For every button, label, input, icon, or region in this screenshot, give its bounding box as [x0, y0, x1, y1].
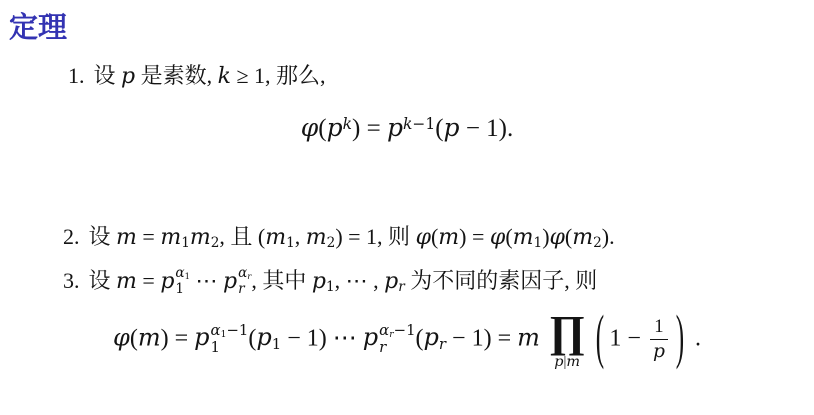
math-token: φ	[113, 323, 130, 351]
math-token: α1	[211, 321, 227, 339]
math-token: 1	[175, 281, 184, 297]
theorem-item-2: 2.设 m = m1m2, 且 (m1, m2) = 1, 则 φ(m) = φ…	[63, 226, 615, 251]
math-token: α1	[175, 265, 190, 281]
math-token: 为不同的素因子, 则	[405, 268, 598, 293]
math-token: =	[137, 268, 160, 293]
math-token: pr	[384, 269, 405, 294]
superscript: αr	[238, 266, 251, 282]
subscript: 2	[593, 237, 602, 251]
math-token: r	[439, 335, 446, 353]
math-token: m1	[160, 225, 190, 250]
math-token: φ	[301, 113, 319, 142]
math-token: pk−1	[387, 113, 435, 142]
math-token: m2	[306, 225, 336, 250]
math-token: m	[566, 354, 580, 370]
math-token: −1	[412, 115, 435, 133]
math-token: k	[403, 115, 412, 133]
math-token: m	[438, 225, 459, 250]
math-token: αr	[379, 321, 393, 339]
math-token: .	[689, 325, 701, 351]
math-token: − 1).	[460, 115, 514, 142]
math-token: − 1) =	[446, 325, 517, 351]
math-token: 设	[89, 268, 117, 293]
math-token: (	[416, 325, 424, 351]
sup-sub-stack: α1−11	[211, 322, 249, 356]
math-token: 1	[286, 235, 295, 251]
math-token: 设	[94, 63, 122, 88]
item-2-text: 设 m = m1m2, 且 (m1, m2) = 1, 则 φ(m) = φ(m…	[89, 224, 615, 249]
math-token: ) = 1, 则	[335, 224, 415, 249]
item-2-number: 2.	[63, 224, 80, 249]
math-token: 1	[534, 235, 543, 251]
item-3-number: 3.	[63, 268, 80, 293]
math-token: pα1−11	[194, 323, 248, 351]
math-token: pk	[327, 113, 352, 142]
math-token: )	[542, 224, 549, 249]
big-paren: )	[676, 309, 684, 369]
fraction-denominator: p	[650, 342, 668, 363]
math-token: , 其中	[251, 268, 312, 293]
theorem-item-3: 3.设 m = pα11 ⋯ pαrr, 其中 p1, ⋯ , pr 为不同的素…	[63, 266, 597, 297]
math-token: p	[653, 341, 665, 362]
math-token: 1	[654, 316, 663, 337]
product-symbol: ∏	[549, 310, 586, 352]
math-token: pr	[424, 323, 447, 351]
superscript: k	[343, 117, 352, 133]
math-token: −1	[226, 321, 248, 339]
subscript: r	[439, 337, 446, 352]
math-token: 2	[593, 235, 602, 251]
math-token: m	[138, 323, 161, 351]
math-token: (	[318, 115, 326, 142]
subscript: 1	[286, 237, 295, 251]
math-token: ).	[602, 224, 615, 249]
subscript: 1	[175, 282, 184, 298]
subscript: 1	[272, 337, 281, 352]
math-token: ⋯	[190, 268, 223, 293]
theorem-slide: 定理 1.设 p 是素数, k ≥ 1, 那么, φ(pk) = pk−1(p …	[0, 0, 814, 415]
math-token: m1	[513, 225, 543, 250]
math-token: ) =	[352, 115, 387, 142]
product-limits: p|m	[554, 355, 580, 369]
math-token: pαr−1r	[363, 323, 416, 351]
math-token: , 且 (	[219, 224, 265, 249]
subscript: 1	[326, 281, 335, 295]
math-token: ) =	[161, 325, 195, 351]
math-token: (	[505, 224, 512, 249]
math-token: φ	[550, 225, 565, 250]
subscript: 1	[211, 339, 220, 356]
math-token: (	[130, 325, 138, 351]
math-token: k	[218, 64, 231, 89]
math-token: p1	[256, 323, 281, 351]
math-token: 1	[326, 279, 335, 295]
math-token: r	[238, 281, 245, 297]
math-token: ,	[295, 224, 306, 249]
math-token: pαrr	[223, 269, 251, 294]
math-token: 1	[211, 338, 220, 356]
math-token: −1	[394, 321, 416, 339]
superscript: α1−1	[211, 322, 249, 339]
subscript: 1	[534, 237, 543, 251]
product-operator: ∏p|m	[549, 310, 586, 370]
math-token: m1	[265, 225, 295, 250]
math-token: pα11	[160, 269, 190, 294]
math-token: m	[517, 323, 540, 351]
math-token: 1	[181, 235, 190, 251]
math-token: αr	[238, 265, 251, 281]
fraction-bar	[650, 339, 668, 340]
display-formula-product: φ(m) = pα1−11(p1 − 1) ⋯ pαr−1r(pr − 1) =…	[0, 310, 814, 370]
item-1-text: 设 p 是素数, k ≥ 1, 那么,	[94, 63, 326, 88]
subscript: r	[238, 282, 245, 298]
math-token: ) =	[459, 224, 490, 249]
item-3-text: 设 m = pα11 ⋯ pαrr, 其中 p1, ⋯ , pr 为不同的素因子…	[89, 268, 598, 293]
item-1-number: 1.	[68, 63, 85, 88]
math-token: ≥ 1, 那么,	[231, 63, 326, 88]
page-title: 定理	[9, 14, 67, 43]
math-token: p	[444, 113, 460, 142]
subscript: r	[379, 339, 386, 356]
fraction-numerator: 1	[651, 317, 666, 338]
math-token: 设	[89, 224, 117, 249]
superscript: α1	[175, 266, 190, 282]
math-token: φ	[490, 225, 505, 250]
sup-sub-stack: αrr	[238, 266, 251, 297]
math-token: 1 −	[609, 325, 647, 351]
math-token: m	[116, 225, 137, 250]
superscript: αr−1	[379, 322, 415, 339]
math-token: 1	[272, 335, 281, 353]
sup-sub-stack: α11	[175, 266, 190, 297]
math-token: 是素数,	[135, 63, 218, 88]
math-token: p	[121, 64, 135, 89]
sup-sub-stack: αr−1r	[379, 322, 415, 356]
math-token: m2	[572, 225, 602, 250]
math-token: m2	[190, 225, 220, 250]
fraction: 1p	[650, 317, 668, 363]
big-paren: (	[596, 309, 604, 369]
math-token: φ	[416, 225, 431, 250]
math-token: r	[379, 338, 386, 356]
display-formula-prime-power: φ(pk) = pk−1(p − 1).	[0, 115, 814, 141]
math-token: k	[343, 115, 352, 133]
math-token: , ⋯ ,	[335, 268, 385, 293]
math-token: − 1) ⋯	[281, 325, 363, 351]
math-token: m	[116, 269, 137, 294]
superscript: k−1	[403, 117, 435, 133]
math-token: =	[137, 224, 160, 249]
theorem-item-1: 1.设 p 是素数, k ≥ 1, 那么,	[68, 65, 326, 88]
math-token: p1	[312, 269, 335, 294]
subscript: 1	[181, 237, 190, 251]
math-token: (	[435, 115, 443, 142]
